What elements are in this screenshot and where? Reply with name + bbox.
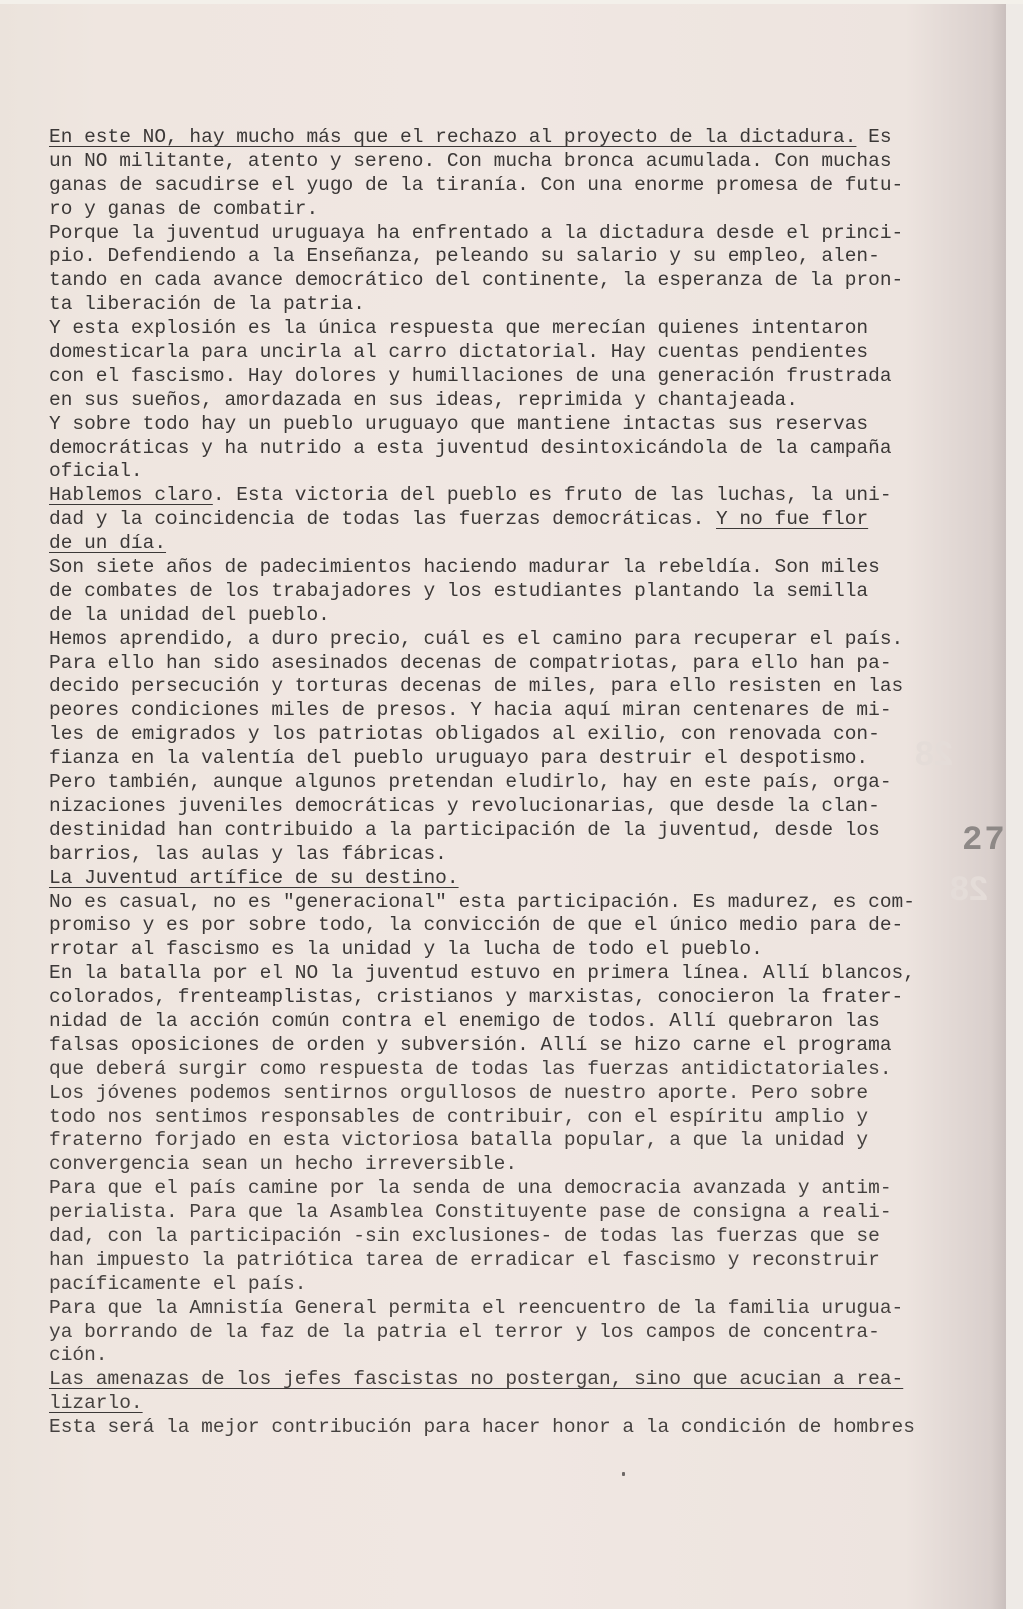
text-segment: . Esta victoria del pueblo es fruto de l… <box>213 484 892 506</box>
text-line: falsas oposiciones de orden y subversión… <box>49 1034 949 1058</box>
text-line: barrios, las aulas y las fábricas. <box>49 843 949 867</box>
text-line: colorados, frenteamplistas, cristianos y… <box>49 986 949 1010</box>
text-line: les de emigrados y los patriotas obligad… <box>49 723 949 747</box>
underlined-phrase: Las amenazas de los jefes fascistas no p… <box>49 1368 903 1390</box>
text-line: En la batalla por el NO la juventud estu… <box>49 962 949 986</box>
text-line: Para que el país camine por la senda de … <box>49 1177 949 1201</box>
text-line: ya borrando de la faz de la patria el te… <box>49 1321 949 1345</box>
text-line: convergencia sean un hecho irreversible. <box>49 1153 949 1177</box>
underlined-phrase: La Juventud artífice de su destino. <box>49 867 459 889</box>
text-line: dad, con la participación -sin exclusion… <box>49 1225 949 1249</box>
page-edge <box>1006 0 1023 1609</box>
text-line: pacíficamente el país. <box>49 1273 949 1297</box>
text-line: con el fascismo. Hay dolores y humillaci… <box>49 365 949 389</box>
text-line: Son siete años de padecimientos haciendo… <box>49 556 949 580</box>
ink-speck <box>622 1472 625 1476</box>
text-line: tando en cada avance democrático del con… <box>49 269 949 293</box>
text-line: ganas de sacudirse el yugo de la tiranía… <box>49 174 949 198</box>
body-text: En este NO, hay mucho más que el rechazo… <box>49 126 949 1440</box>
text-line: Hemos aprendido, a duro precio, cuál es … <box>49 628 949 652</box>
text-line: de combates de los trabajadores y los es… <box>49 580 949 604</box>
text-line: No es casual, no es "generacional" esta … <box>49 891 949 915</box>
text-line: oficial. <box>49 460 949 484</box>
text-line: Y esta explosión es la única respuesta q… <box>49 317 949 341</box>
text-segment: dad y la coincidencia de todas las fuerz… <box>49 508 716 530</box>
text-line: de la unidad del pueblo. <box>49 604 949 628</box>
page-number: 27 <box>962 822 1007 860</box>
text-line: Y sobre todo hay un pueblo uruguayo que … <box>49 413 949 437</box>
underlined-phrase: lizarlo. <box>49 1392 143 1414</box>
text-line: fianza en la valentía del pueblo uruguay… <box>49 747 949 771</box>
text-line: promiso y es por sobre todo, la convicci… <box>49 914 949 938</box>
underlined-phrase: de un día. <box>49 532 166 554</box>
text-line: decido persecución y torturas decenas de… <box>49 675 949 699</box>
text-line: en sus sueños, amordazada en sus ideas, … <box>49 389 949 413</box>
text-line: Para ello han sido asesinados decenas de… <box>49 652 949 676</box>
text-line: lizarlo. <box>49 1392 949 1416</box>
text-segment: Es <box>856 126 891 148</box>
text-line: Pero también, aunque algunos pretendan e… <box>49 771 949 795</box>
text-line: fraterno forjado en esta victoriosa bata… <box>49 1129 949 1153</box>
text-line: un NO militante, atento y sereno. Con mu… <box>49 150 949 174</box>
text-line: ta liberación de la patria. <box>49 293 949 317</box>
text-line: domesticarla para uncirla al carro dicta… <box>49 341 949 365</box>
text-line: Hablemos claro. Esta victoria del pueblo… <box>49 484 949 508</box>
underlined-phrase: Hablemos claro <box>49 484 213 506</box>
text-line: todo nos sentimos responsables de contri… <box>49 1106 949 1130</box>
text-line: democráticas y ha nutrido a esta juventu… <box>49 437 949 461</box>
text-line: pio. Defendiendo a la Enseñanza, peleand… <box>49 245 949 269</box>
bleed-through-number: 28 <box>950 870 988 909</box>
text-line: En este NO, hay mucho más que el rechazo… <box>49 126 949 150</box>
text-line: Porque la juventud uruguaya ha enfrentad… <box>49 222 949 246</box>
text-line: nidad de la acción común contra el enemi… <box>49 1010 949 1034</box>
text-line: Esta será la mejor contribución para hac… <box>49 1416 949 1440</box>
text-line: Para que la Amnistía General permita el … <box>49 1297 949 1321</box>
text-line: han impuesto la patriótica tarea de erra… <box>49 1249 949 1273</box>
text-line: nizaciones juveniles democráticas y revo… <box>49 795 949 819</box>
text-line: Las amenazas de los jefes fascistas no p… <box>49 1368 949 1392</box>
text-line: La Juventud artífice de su destino. <box>49 867 949 891</box>
text-line: que deberá surgir como respuesta de toda… <box>49 1058 949 1082</box>
text-line: peores condiciones miles de presos. Y ha… <box>49 699 949 723</box>
text-line: dad y la coincidencia de todas las fuerz… <box>49 508 949 532</box>
underlined-phrase: En este NO, hay mucho más que el rechazo… <box>49 126 856 148</box>
page-top-edge <box>0 0 1023 4</box>
text-line: de un día. <box>49 532 949 556</box>
text-line: rrotar al fascismo es la unidad y la luc… <box>49 938 949 962</box>
text-line: Los jóvenes podemos sentirnos orgullosos… <box>49 1082 949 1106</box>
underlined-phrase: Y no fue flor <box>716 508 868 530</box>
text-line: destinidad han contribuido a la particip… <box>49 819 949 843</box>
text-line: perialista. Para que la Asamblea Constit… <box>49 1201 949 1225</box>
text-line: ro y ganas de combatir. <box>49 198 949 222</box>
text-line: ción. <box>49 1344 949 1368</box>
